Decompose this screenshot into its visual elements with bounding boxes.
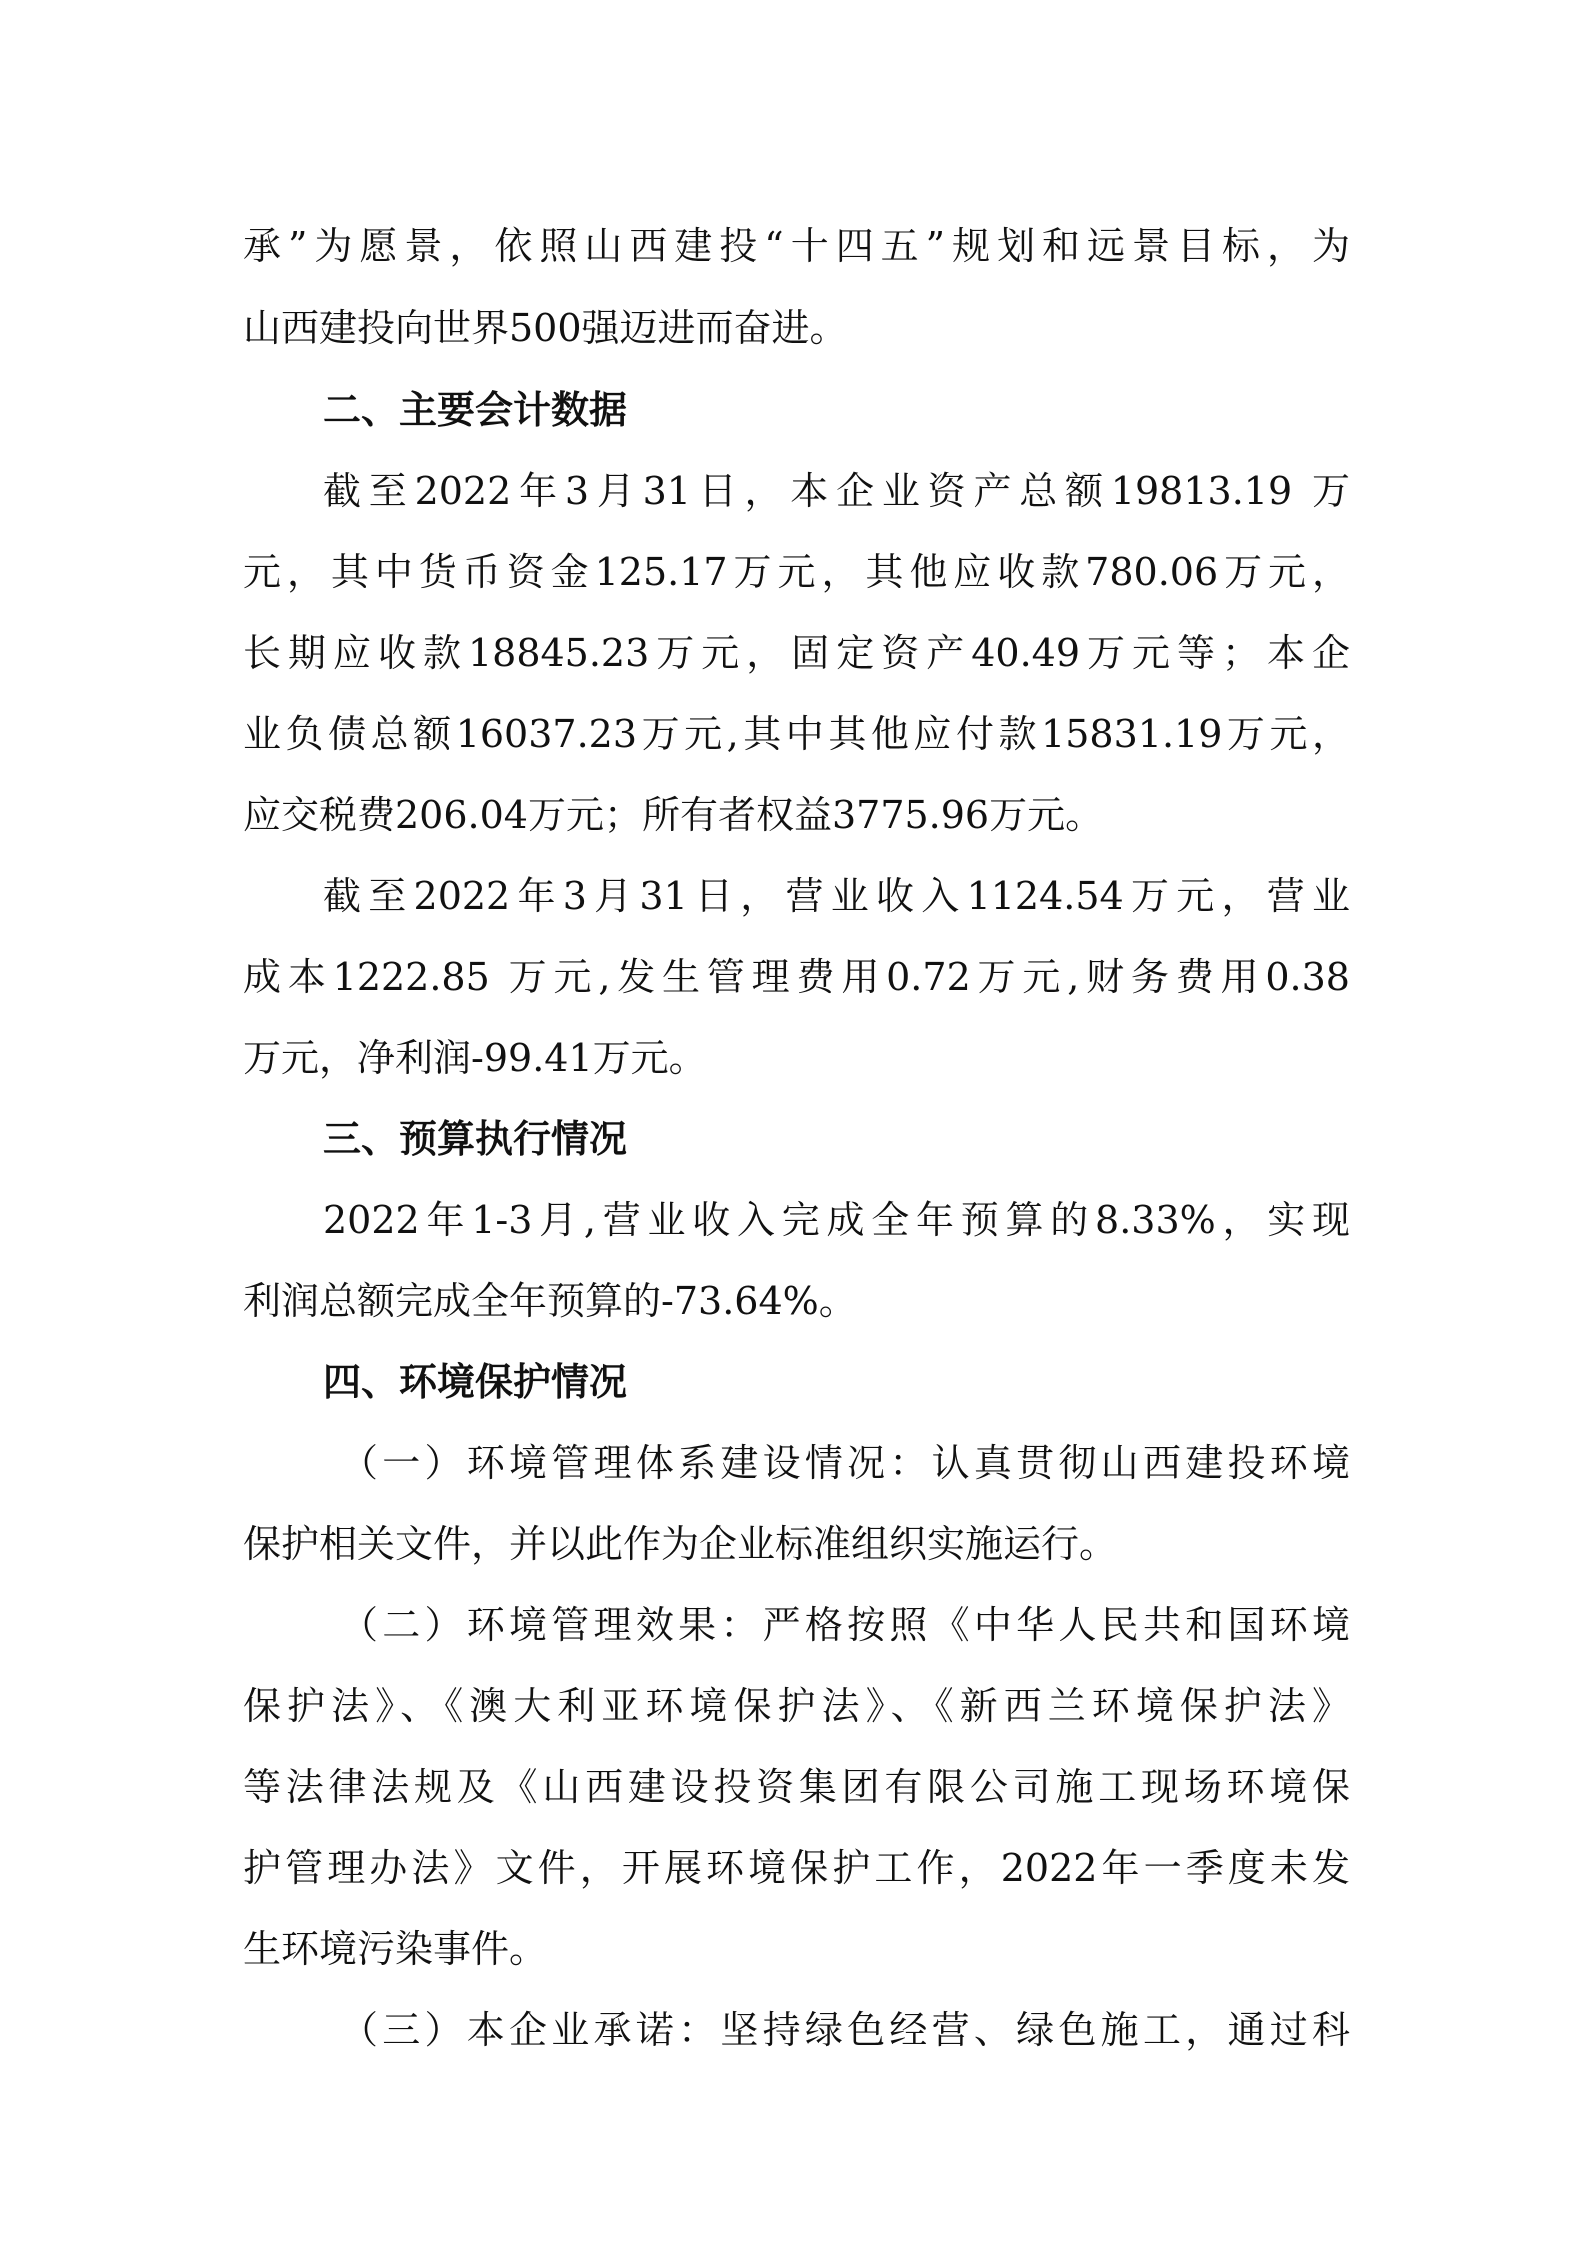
accounting-para1-line-1: 截至2022年3月31日，本企业资产总额19813.19 万 [323, 463, 1350, 519]
env-sub2-line-2: 保护法》、《澳大利亚环境保护法》、《新西兰环境保护法》 [243, 1678, 1350, 1734]
budget-line-1: 2022年1-3月,营业收入完成全年预算的8.33%，实现 [323, 1192, 1350, 1248]
accounting-para1-line-3: 长期应收款18845.23万元，固定资产40.49万元等；本企 [243, 625, 1350, 681]
section-heading-environmental-protection: 四、环境保护情况 [323, 1354, 627, 1410]
accounting-para2-line-3: 万元，净利润-99.41万元。 [243, 1030, 1350, 1086]
accounting-para2-line-2: 成本1222.85 万元,发生管理费用0.72万元,财务费用0.38 [243, 949, 1350, 1005]
intro-line-1: 承”为愿景，依照山西建投“十四五”规划和远景目标，为 [243, 218, 1350, 274]
env-sub2-line-4: 护管理办法》文件，开展环境保护工作，2022年一季度未发 [243, 1840, 1350, 1896]
env-sub2-line-3: 等法律法规及《山西建设投资集团有限公司施工现场环境保 [243, 1759, 1350, 1815]
env-sub3-line-1: （三）本企业承诺：坚持绿色经营、绿色施工，通过科 [340, 2002, 1350, 2058]
env-sub1-line-2: 保护相关文件，并以此作为企业标准组织实施运行。 [243, 1516, 1350, 1572]
env-sub2-line-1: （二）环境管理效果：严格按照《中华人民共和国环境 [340, 1597, 1350, 1653]
env-sub1-line-1: （一）环境管理体系建设情况：认真贯彻山西建投环境 [340, 1435, 1350, 1491]
accounting-para1-line-4: 业负债总额16037.23万元,其中其他应付款15831.19万元， [243, 706, 1350, 762]
section-heading-budget-execution: 三、预算执行情况 [323, 1111, 627, 1167]
accounting-para1-line-5: 应交税费206.04万元；所有者权益3775.96万元。 [243, 787, 1350, 843]
accounting-para2-line-1: 截至2022年3月31日，营业收入1124.54万元，营业 [323, 868, 1350, 924]
accounting-para1-line-2: 元，其中货币资金125.17万元，其他应收款780.06万元， [243, 544, 1350, 600]
env-sub2-line-5: 生环境污染事件。 [243, 1921, 1350, 1977]
intro-line-2: 山西建投向世界500强迈进而奋进。 [243, 300, 1350, 356]
budget-line-2: 利润总额完成全年预算的-73.64%。 [243, 1273, 1350, 1329]
section-heading-accounting-data: 二、主要会计数据 [323, 382, 627, 438]
document-page: 承”为愿景，依照山西建投“十四五”规划和远景目标，为 山西建投向世界500强迈进… [0, 0, 1587, 2245]
